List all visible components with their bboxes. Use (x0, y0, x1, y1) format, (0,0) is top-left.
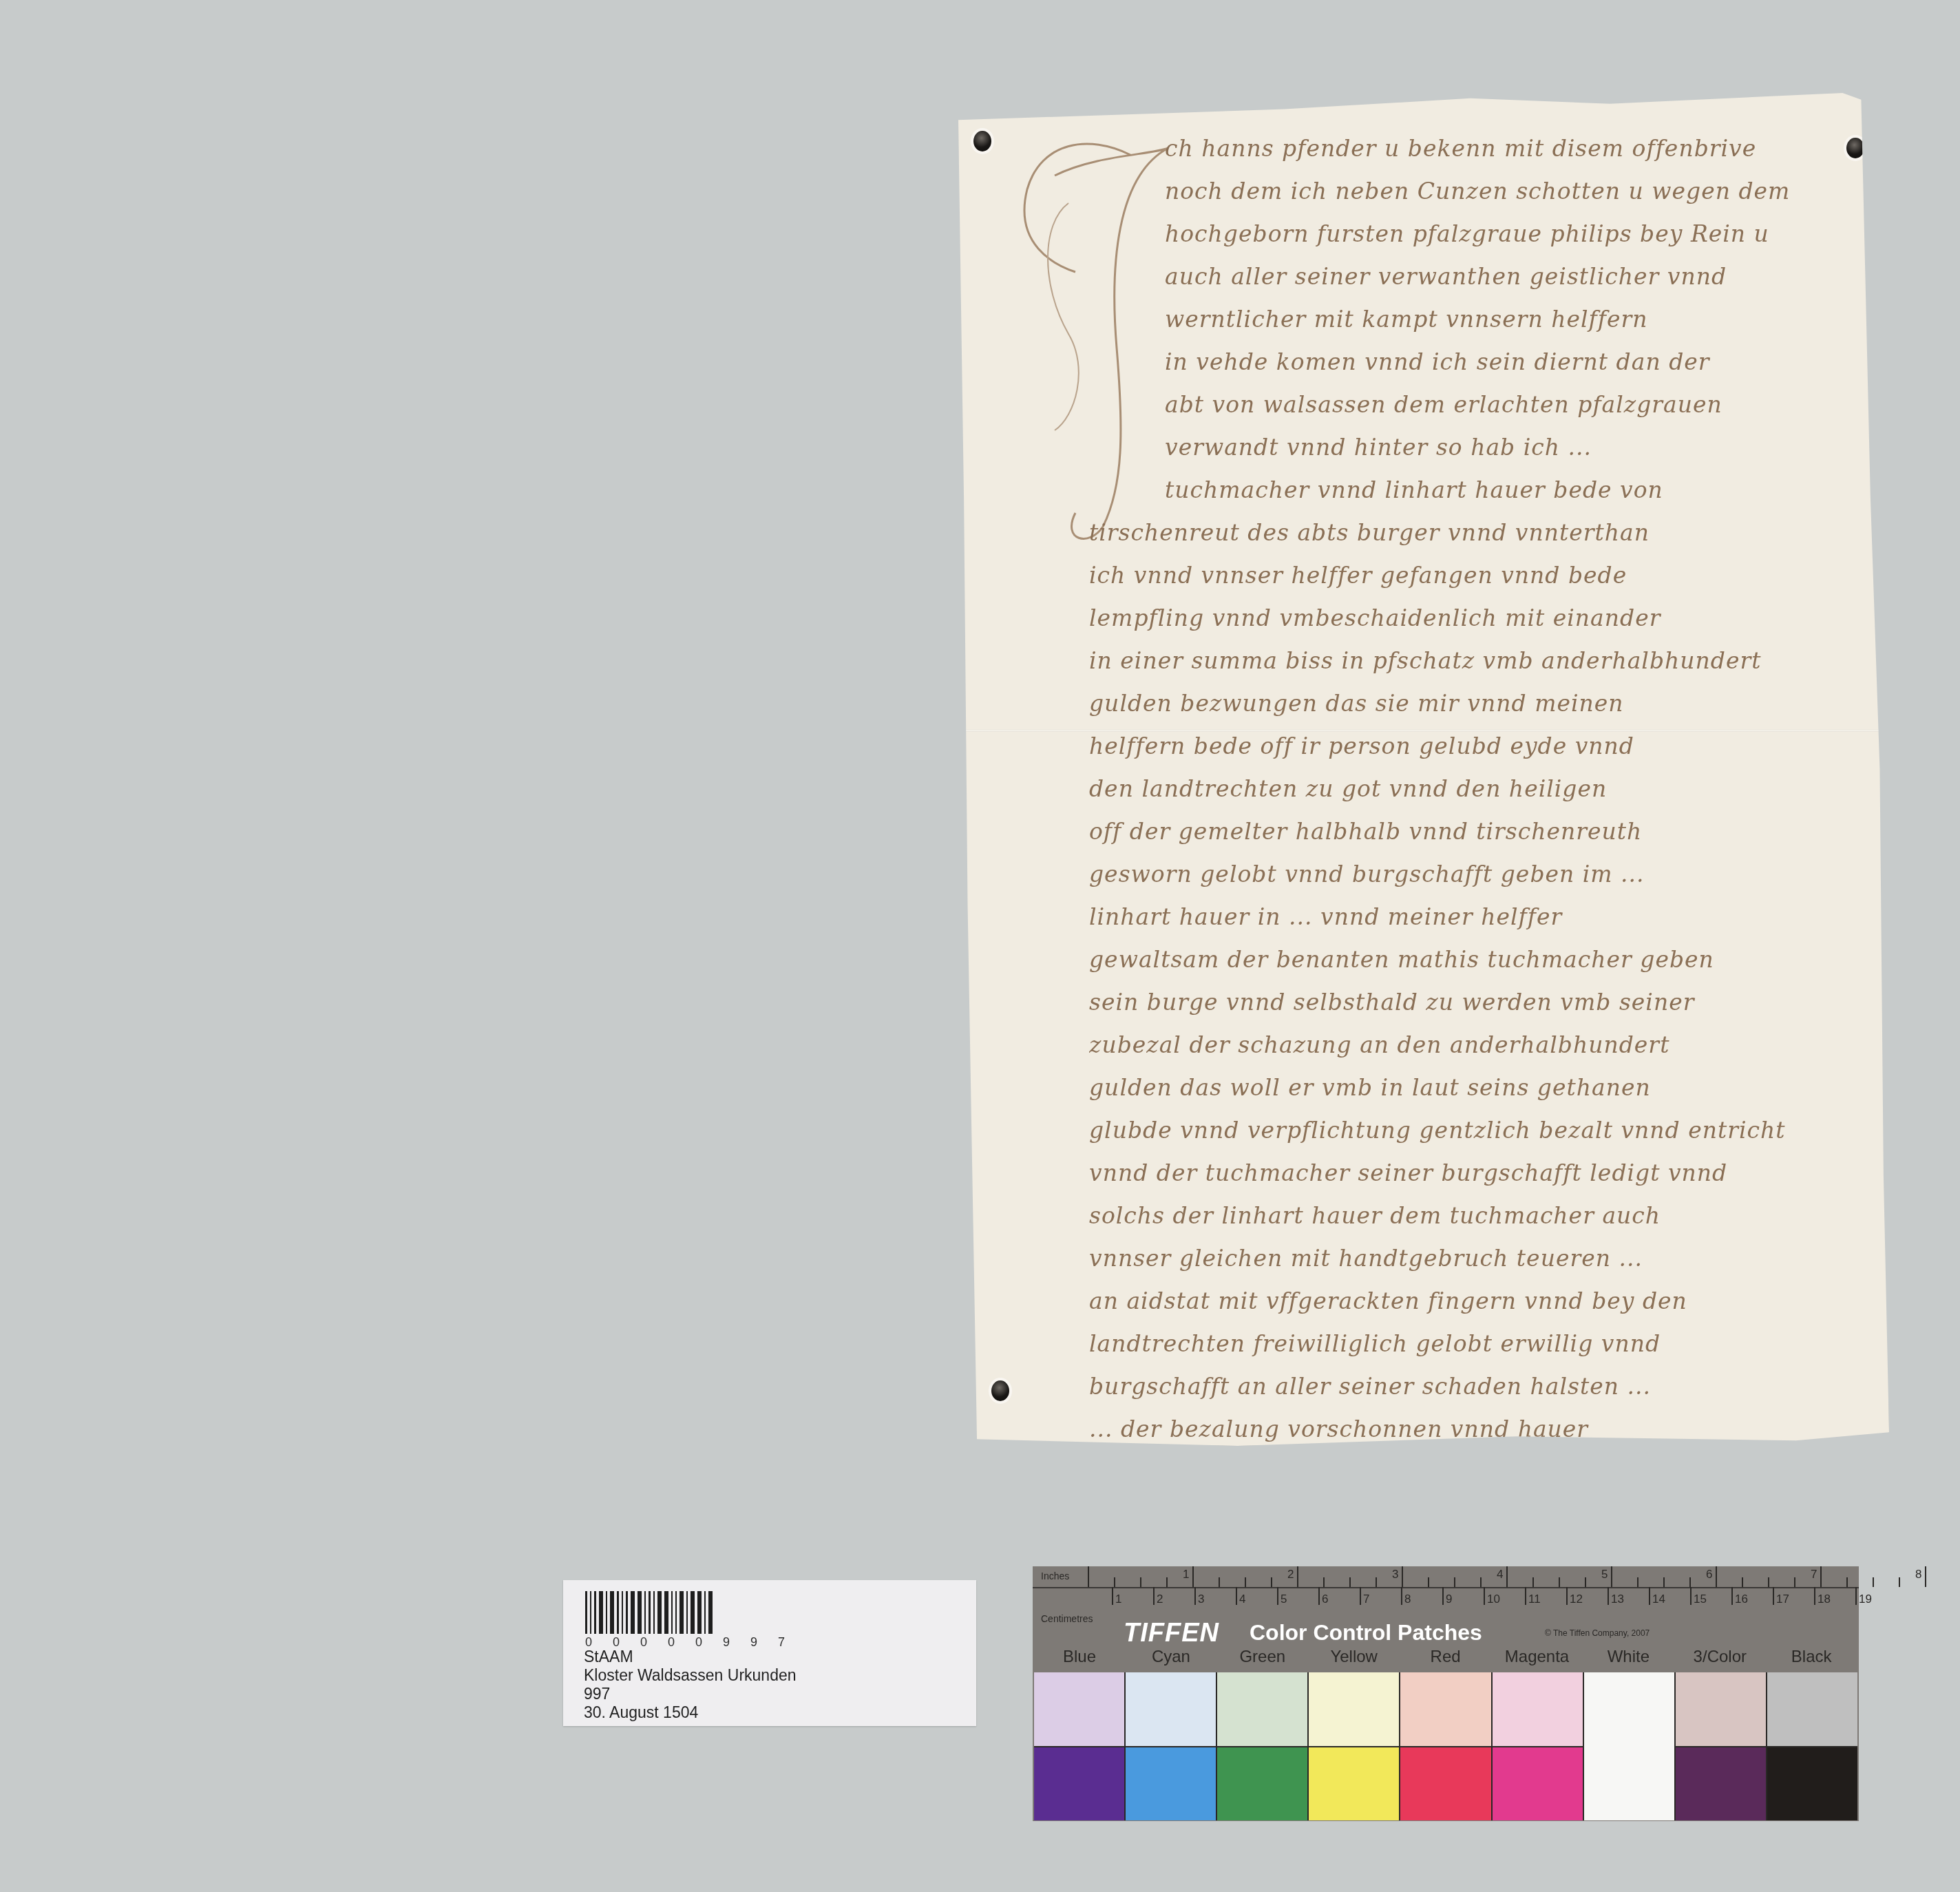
manuscript-line: gulden bezwungen das sie mir vnnd meinen (1089, 682, 1860, 725)
barcode-bar (679, 1591, 684, 1634)
cm-mark: 19 (1859, 1593, 1872, 1606)
manuscript-line: auch aller seiner verwanthen geistlicher… (1165, 255, 1860, 298)
manuscript-line: vnnd der tuchmacher seiner burgschafft l… (1089, 1152, 1860, 1195)
cm-tick (1401, 1587, 1402, 1605)
cm-tick (1608, 1587, 1609, 1605)
cm-mark: 15 (1694, 1593, 1707, 1606)
manuscript-line: off der gemelter halbhalb vnnd tirschenr… (1089, 810, 1860, 853)
manuscript-line: hochgeborn fursten pfalzgraue philips be… (1165, 213, 1860, 255)
patch-dark (1584, 1747, 1674, 1821)
inch-tick (1323, 1577, 1325, 1587)
barcode-bar (657, 1591, 662, 1634)
tiffen-logo: TIFFEN (1124, 1619, 1219, 1648)
patch-dark (1309, 1746, 1399, 1821)
inch-tick (1742, 1577, 1743, 1587)
cm-mark: 13 (1611, 1593, 1624, 1606)
patch-light (1126, 1672, 1216, 1746)
barcode-bar (606, 1591, 607, 1634)
inch-tick (1088, 1566, 1089, 1587)
patch-label: 3/Color (1674, 1648, 1765, 1667)
manuscript-line: ich vnnd vnnser helffer gefangen vnnd be… (1089, 554, 1860, 597)
cm-mark: 1 (1115, 1593, 1121, 1606)
patch-column (1309, 1672, 1400, 1820)
inch-mark: 6 (1706, 1568, 1712, 1581)
inch-tick (1402, 1566, 1403, 1587)
cm-mark: 7 (1363, 1593, 1369, 1606)
color-patches (1034, 1672, 1857, 1820)
patch-light (1676, 1672, 1766, 1746)
manuscript-line: burgschafft an aller seiner schaden hals… (1089, 1365, 1860, 1408)
cm-mark: 5 (1281, 1593, 1287, 1606)
cm-mark: 3 (1198, 1593, 1204, 1606)
cm-tick (1690, 1587, 1692, 1605)
cm-mark: 4 (1239, 1593, 1245, 1606)
barcode-bar (585, 1591, 587, 1634)
barcode-bar (686, 1591, 688, 1634)
cm-mark: 18 (1817, 1593, 1831, 1606)
inch-mark: 7 (1811, 1568, 1817, 1581)
cm-mark: 16 (1735, 1593, 1748, 1606)
patch-label: Red (1400, 1648, 1491, 1667)
barcode-bar (631, 1591, 635, 1634)
inch-tick (1245, 1577, 1246, 1587)
inch-tick (1559, 1577, 1560, 1587)
inch-tick (1873, 1577, 1874, 1587)
cm-tick (1153, 1587, 1155, 1605)
manuscript-line: gewaltsam der benanten mathis tuchmacher… (1089, 938, 1860, 981)
inch-tick (1925, 1566, 1926, 1587)
barcode-bar (637, 1591, 642, 1634)
cm-tick (1731, 1587, 1733, 1605)
inch-tick (1428, 1577, 1429, 1587)
inch-mark: 2 (1287, 1568, 1294, 1581)
cm-mark: 12 (1570, 1593, 1583, 1606)
inch-tick (1820, 1566, 1822, 1587)
manuscript-text: ch hanns pfender u bekenn mit disem offe… (1165, 127, 1860, 1579)
collection-name: Kloster Waldsassen Urkunden (584, 1666, 797, 1685)
inch-tick (1716, 1566, 1717, 1587)
archive-name: StAAM (584, 1648, 797, 1666)
inch-mark: 4 (1497, 1568, 1503, 1581)
patch-dark (1767, 1746, 1857, 1821)
patch-label: Magenta (1492, 1648, 1583, 1667)
manuscript-line: noch dem ich neben Cunzen schotten u weg… (1165, 170, 1860, 213)
chart-title: Color Control Patches (1250, 1620, 1482, 1646)
manuscript-line: ... der bezalung vorschonnen vnnd hauer (1089, 1408, 1860, 1451)
inch-tick (1192, 1566, 1194, 1587)
cm-tick (1649, 1587, 1650, 1605)
decorated-initial-letter (1013, 127, 1172, 554)
patch-light (1767, 1672, 1857, 1746)
cm-tick (1236, 1587, 1237, 1605)
inch-tick (1376, 1577, 1377, 1587)
cm-mark: 9 (1446, 1593, 1452, 1606)
inch-tick (1114, 1577, 1115, 1587)
patch-column (1126, 1672, 1217, 1820)
patch-dark (1217, 1746, 1307, 1821)
barcode-bar (697, 1591, 702, 1634)
barcode (585, 1591, 715, 1634)
patch-column (1217, 1672, 1309, 1820)
manuscript-line: linhart hauer in ... vnnd meiner helffer (1089, 896, 1860, 938)
manuscript-line: zubezal der schazung an den anderhalbhun… (1089, 1024, 1860, 1066)
inch-mark: 5 (1601, 1568, 1608, 1581)
manuscript-line: lempfling vnnd vmbeschaidenlich mit eina… (1089, 597, 1860, 640)
patch-column (1676, 1672, 1767, 1820)
patch-dark (1400, 1746, 1490, 1821)
document-number: 997 (584, 1685, 797, 1703)
cm-mark: 14 (1652, 1593, 1665, 1606)
manuscript-line: tuchmacher vnnd linhart hauer bede von (1165, 469, 1860, 512)
manuscript-line: in einer summa biss in pfschatz vmb ande… (1089, 640, 1860, 682)
inch-tick (1689, 1577, 1691, 1587)
manuscript-line: tirschenreut des abts burger vnnd vnnter… (1089, 512, 1860, 554)
document-date: 30. August 1504 (584, 1703, 797, 1722)
patch-column (1034, 1672, 1126, 1820)
cm-tick (1442, 1587, 1444, 1605)
manuscript-line: helffern bede off ir person gelubd eyde … (1089, 725, 1860, 768)
cm-mark: 2 (1157, 1593, 1163, 1606)
manuscript-line: vnnser gleichen mit handtgebruch teueren… (1089, 1237, 1860, 1280)
cm-tick (1194, 1587, 1196, 1605)
patch-light (1217, 1672, 1307, 1746)
ruler: Inches (1033, 1566, 1859, 1588)
inch-tick (1611, 1566, 1612, 1587)
cm-tick (1277, 1587, 1278, 1605)
patch-dark (1126, 1746, 1216, 1821)
inch-tick (1899, 1577, 1900, 1587)
patch-column (1400, 1672, 1492, 1820)
barcode-bar (610, 1591, 614, 1634)
barcode-bar (691, 1591, 695, 1634)
inch-tick (1271, 1577, 1272, 1587)
cm-mark: 8 (1404, 1593, 1411, 1606)
manuscript-line: verwandt vnnd hinter so hab ich ... (1165, 426, 1860, 469)
inch-tick (1297, 1566, 1298, 1587)
cm-tick (1112, 1587, 1113, 1605)
inch-tick (1663, 1577, 1665, 1587)
inch-tick (1506, 1566, 1508, 1587)
patch-label: Yellow (1309, 1648, 1400, 1667)
barcode-bar (644, 1591, 646, 1634)
barcode-bar (671, 1591, 673, 1634)
patch-light (1309, 1672, 1399, 1746)
patch-label: Black (1766, 1648, 1857, 1667)
cm-mark: 17 (1776, 1593, 1789, 1606)
patch-light (1400, 1672, 1490, 1746)
manuscript-line: landtrechten freiwilliglich gelobt erwil… (1089, 1323, 1860, 1365)
inch-tick (1219, 1577, 1220, 1587)
inch-tick (1454, 1577, 1455, 1587)
barcode-bar (622, 1591, 623, 1634)
inch-tick (1585, 1577, 1586, 1587)
patch-label: Green (1217, 1648, 1308, 1667)
cm-mark: 6 (1322, 1593, 1328, 1606)
manuscript-sheet: ch hanns pfender u bekenn mit disem offe… (958, 93, 1889, 1446)
manuscript-line: in vehde komen vnnd ich sein diernt dan … (1165, 341, 1860, 383)
inch-tick (1480, 1577, 1482, 1587)
manuscript-line: glubde vnnd verpflichtung gentzlich beza… (1089, 1109, 1860, 1152)
manuscript-line: seins aide glubds hohen verpflicht vnnd … (1089, 1451, 1860, 1493)
cm-mark: 11 (1528, 1593, 1541, 1606)
cm-tick (1525, 1587, 1526, 1605)
inch-tick (1349, 1577, 1351, 1587)
manuscript-line: solchs der linhart hauer dem tuchmacher … (1089, 1195, 1860, 1237)
inch-tick (1166, 1577, 1168, 1587)
cm-tick (1814, 1587, 1815, 1605)
barcode-bar (649, 1591, 651, 1634)
copyright-notice: © The Tiffen Company, 2007 (1545, 1628, 1650, 1638)
inch-tick (1768, 1577, 1769, 1587)
manuscript-line: ch hanns pfender u bekenn mit disem offe… (1165, 127, 1860, 170)
patch-column (1584, 1672, 1676, 1820)
cm-tick (1855, 1587, 1857, 1605)
patch-dark (1676, 1746, 1766, 1821)
manuscript-line: werntlicher mit kampt vnnsern helffern (1165, 298, 1860, 341)
manuscript-line: vergessen so er mir vnnd seinen gesellen… (1089, 1493, 1860, 1536)
manuscript-line: gulden das woll er vmb in laut seins get… (1089, 1066, 1860, 1109)
centimetres-label: Centimetres (1041, 1613, 1093, 1624)
inches-label: Inches (1041, 1570, 1069, 1581)
barcode-bar (664, 1591, 668, 1634)
barcode-bar (590, 1591, 591, 1634)
cm-mark: 10 (1487, 1593, 1500, 1606)
patch-column (1767, 1672, 1857, 1820)
inch-tick (1637, 1577, 1638, 1587)
cm-tick (1318, 1587, 1320, 1605)
inch-tick (1140, 1577, 1141, 1587)
manuscript-line: sein burge vnnd selbsthald zu werden vmb… (1089, 981, 1860, 1024)
cm-tick (1566, 1587, 1568, 1605)
inch-tick (1794, 1577, 1795, 1587)
color-control-chart: Inches Centimetres TIFFEN Color Control … (1033, 1566, 1859, 1821)
inch-tick (1846, 1577, 1848, 1587)
archive-label: 0 0 0 0 0 9 9 7 StAAM Kloster Waldsassen… (563, 1580, 976, 1726)
cm-tick (1773, 1587, 1774, 1605)
patch-light (1584, 1672, 1674, 1747)
manuscript-line: den landtrechten zu got vnnd den heilige… (1089, 768, 1860, 810)
barcode-bar (704, 1591, 706, 1634)
manuscript-line: gesworn gelobt vnnd burgschafft geben im… (1089, 853, 1860, 896)
inch-mark: 8 (1915, 1568, 1921, 1581)
punch-hole-top-left (973, 131, 991, 151)
patch-label: Cyan (1126, 1648, 1216, 1667)
patch-light (1493, 1672, 1583, 1746)
barcode-bar (594, 1591, 596, 1634)
barcode-bar (599, 1591, 603, 1634)
inch-mark: 1 (1183, 1568, 1189, 1581)
inch-mark: 3 (1392, 1568, 1398, 1581)
patch-label: White (1583, 1648, 1674, 1667)
patch-light (1034, 1672, 1124, 1746)
patch-dark (1034, 1746, 1124, 1821)
barcode-bar (653, 1591, 655, 1634)
manuscript-line: an aidstat mit vffgerackten fingern vnnd… (1089, 1280, 1860, 1323)
barcode-bar (626, 1591, 628, 1634)
cm-tick (1360, 1587, 1361, 1605)
barcode-bar (675, 1591, 677, 1634)
cm-tick (1484, 1587, 1485, 1605)
manuscript-line: abt von walsassen dem erlachten pfalzgra… (1165, 383, 1860, 426)
patch-dark (1493, 1746, 1583, 1821)
punch-hole-bottom-left (991, 1380, 1009, 1401)
barcode-bar (708, 1591, 713, 1634)
inch-tick (1532, 1577, 1534, 1587)
barcode-bar (617, 1591, 619, 1634)
patch-column (1493, 1672, 1584, 1820)
patch-label: Blue (1034, 1648, 1125, 1667)
